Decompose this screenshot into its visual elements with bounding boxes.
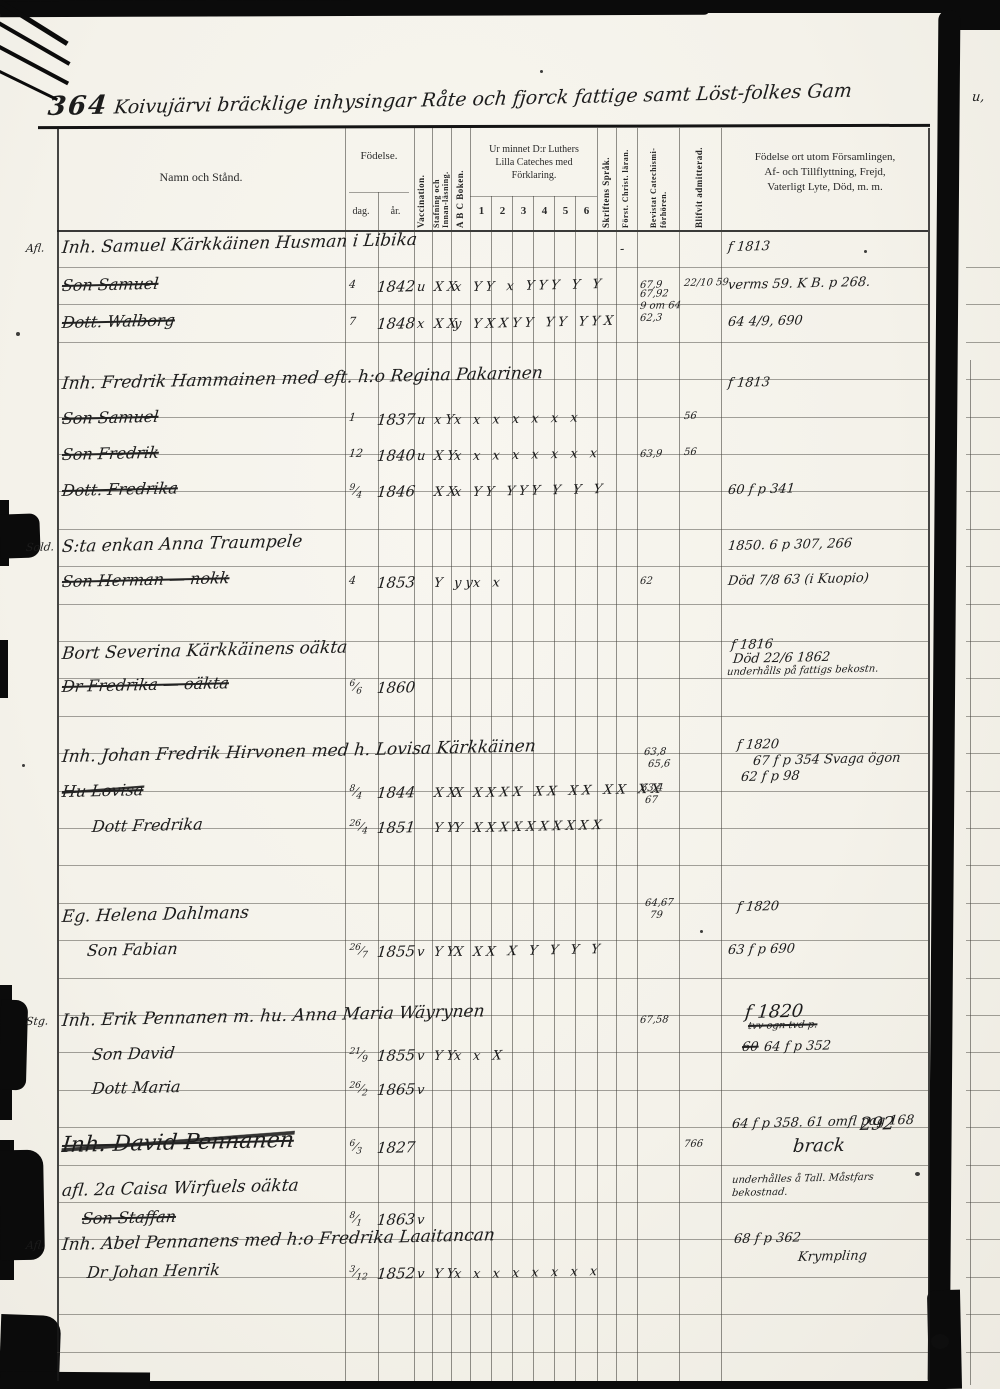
entry-attended-value: 62 [639,576,653,587]
entry-name: Dr Fredrika — oäkta [61,673,230,696]
rule-line-sliver [966,753,1000,754]
entry-admitted-value: 56 [683,447,697,458]
annotation: 62 f p 98 [740,769,800,785]
column-line [637,128,638,1381]
rule-line [57,1090,928,1091]
rule-line [57,1314,928,1315]
entry-remark: f 1813 [727,375,771,391]
rule-line-sliver [966,304,1000,305]
rule-line-sliver [966,1015,1000,1016]
scan-artifact-left-2 [0,640,8,698]
entry-abc-mark: x [453,280,466,295]
rule-line-sliver [966,1277,1000,1278]
scan-artifact-left-3b [0,1000,28,1091]
annotation: 63,4 [640,782,663,794]
rule-line-sliver [966,978,1000,979]
entry-birth-day: 3⁄12 [348,1265,369,1283]
rule-line [57,342,928,343]
cateches-number-6: 6 [576,205,597,217]
annotation: f 1820 [736,899,780,915]
column-line [928,128,930,1381]
column-header-christ: Först. Christ. läran. [621,132,630,228]
annotation: 68 f p 362 [733,1230,801,1247]
margin-note: Afl. [25,1239,45,1252]
entry-name: Son Herman — nokk [61,568,230,591]
entry-cateches-marks: YXXYY YY YYX [472,314,618,332]
rule-line [57,566,928,567]
entry-cateches-marks: XX X Y Y Y Y [472,942,604,960]
cateches-number-5: 5 [555,205,576,217]
entry-name: Son Fabian [86,939,179,960]
margin-note: Afl. [25,242,45,255]
entry-birth-day: 8⁄1 [348,1211,363,1229]
annotation: brack [792,1135,846,1157]
page-number: 364 [46,91,109,122]
entry-name: Eg. Helena Dahlmans [61,903,250,927]
annotation: 64 f p 352 [763,1038,831,1055]
annotation: 65,6 [647,758,670,770]
annotation: 292 [859,1113,895,1135]
entry-abc-mark: X [453,786,468,801]
rule-line [57,978,928,979]
page-title: 364 Koivujärvi bräcklige inhysingar Råte… [46,74,853,122]
scan-artifact-ink-spot [931,1334,949,1349]
entry-birth-day: 4 [348,278,356,291]
entry-birth-year: 1842 [376,277,416,296]
entry-birth-year: 1848 [376,314,416,333]
entry-remark: 64 4/9, 690 [727,313,803,330]
column-header-vaccination: Vaccination. [416,132,426,228]
rule-line [57,304,928,305]
entry-abc-mark: X [453,945,468,960]
scan-speck [700,930,703,933]
scan-speck [915,1172,920,1176]
column-header-admitted: Blifvit admitterad. [694,132,704,228]
rule-line-sliver [966,1352,1000,1353]
entry-abc-mark: x [453,1049,466,1064]
rule-line [57,529,928,530]
annotation: 67,92 [639,288,669,300]
rule-line-sliver [966,342,1000,343]
entry-attended-value: 63,9 [639,448,662,460]
entry-birth-day: 26⁄4 [348,819,369,837]
scan-artifact-spine [928,10,961,1389]
entry-cateches-marks: x x [472,575,504,591]
entry-name: Inh. Johan Fredrik Hirvonen med h. Lovis… [61,736,537,767]
entry-remark: 1850. 6 p 307, 266 [727,536,853,554]
rule-line [57,940,928,941]
rule-line-sliver [966,678,1000,679]
rule-line [57,267,928,268]
entry-birth-day: 1 [348,411,356,424]
annotation: 60 [741,1040,759,1055]
entry-admitted-value: 766 [683,1139,703,1150]
entry-abc-mark: x [453,413,466,428]
next-page-edge-line [970,360,971,1385]
cateches-number-2: 2 [492,205,513,217]
rule-line-sliver [966,791,1000,792]
entry-birth-day: 26⁄7 [348,943,369,961]
rule-line-sliver [966,267,1000,268]
scan-artifact-bottom-border-2 [0,1371,150,1389]
entry-abc-mark: y [453,317,466,332]
entry-christ-mark: - [619,242,629,257]
rule-line [57,1202,928,1203]
column-header-birth-day: dag. [345,206,377,217]
annotation: tvv ogn tvd p. [747,1019,817,1032]
rule-line [57,1165,928,1166]
rule-line [57,716,928,717]
column-line [721,128,722,1381]
entry-name: afl. 2a Caisa Wirfuels oäkta [61,1176,300,1201]
entry-name: Dr Johan Henrik [86,1260,221,1282]
entry-name: Dott Fredrika [91,814,204,836]
annotation: 62,3 [639,312,662,324]
rule-line-sliver [966,1052,1000,1053]
cateches-number-1: 1 [471,205,492,217]
rule-line-sliver [966,491,1000,492]
column-header-scripture: Skriftens Språk. [601,132,611,228]
annotation: Krympling [797,1248,867,1265]
entry-birth-year: 1853 [376,573,416,592]
entry-name: S:ta enkan Anna Traumpele [61,532,303,558]
entry-cateches-marks: x x x x x x x [472,1264,602,1282]
page-title-text: Koivujärvi bräcklige inhysingar Råte och… [113,80,853,119]
entry-birth-year: 1840 [376,446,416,465]
entry-birth-day: 4 [348,574,356,587]
rule-line-sliver [966,417,1000,418]
rule-line-sliver [966,454,1000,455]
entry-birth-day: 8⁄4 [348,784,363,802]
entry-name: Inh. Abel Pennanens med h:o Fredrika Laa… [61,1225,496,1255]
entry-cateches-marks: x x x x x x x [472,446,602,464]
entry-vaccination-mark: v [416,1083,429,1098]
column-header-cateches: Ur minnet D:r Luthers Lilla Cateches med… [471,143,597,182]
rule-line-sliver [966,1202,1000,1203]
scanned-parish-register-page: 364 Koivujärvi bräcklige inhysingar Råte… [0,0,1000,1389]
entry-name: Son Samuel [61,407,159,428]
entry-vaccination-mark: v [416,1267,429,1282]
rule-line-sliver [966,1127,1000,1128]
column-header-name: Namn och Stånd. [70,170,332,185]
entry-vaccination-mark: u [416,413,430,428]
entry-vaccination-mark: u [416,280,430,295]
column-header-attended-1: Bevistat Catechismi- [649,132,658,228]
margin-note: Sold. [25,540,55,554]
rule-line [57,604,928,605]
entry-name: Dott. Fredrika [61,478,179,500]
entry-birth-day: 7 [348,315,356,328]
entry-birth-year: 1855 [376,942,416,961]
entry-cateches-marks: x X [472,1048,506,1064]
scan-artifact-top-border-2 [0,0,710,17]
entry-admitted-value: 56 [683,411,697,422]
column-header-attended-2: förhören. [659,132,668,228]
column-line [57,128,59,1381]
rule-line-sliver [966,566,1000,567]
entry-name: Inh. Samuel Kärkkäinen Husman i Libika [61,230,418,258]
annotation: 64,67 [644,897,674,909]
rule-line-sliver [966,604,1000,605]
annotation: 79 [649,910,663,921]
entry-name: Son Staffan [81,1207,177,1228]
column-header-spelling-2: Innan-läsning. [441,132,450,228]
rule-line-sliver [966,716,1000,717]
entry-name: Inh. David Pennanen [61,1128,295,1158]
column-header-spelling-1: Stafning och [432,132,441,228]
entry-cateches-marks: x x x x x x [472,411,582,429]
entry-name: Dott. Walborg [61,310,176,332]
entry-vaccination-mark: x [416,317,429,332]
entry-remark: Död 7/8 63 (i Kuopio) [727,571,869,589]
entry-remark: 60 f p 341 [727,481,795,498]
entry-birth-year: 1855 [376,1046,416,1065]
column-header-abc: A B C Boken. [455,132,465,228]
entry-birth-year: 1837 [376,410,416,429]
entry-birth-day: 26⁄2 [348,1081,369,1099]
entry-spelling-mark: Y [433,576,447,591]
rule-line-sliver [966,940,1000,941]
entry-birth-day: 6⁄3 [348,1139,363,1157]
entry-cateches-marks: YY YYY Y Y Y [472,482,607,500]
entry-name: Inh. Fredrik Hammainen med eft. h:o Regi… [61,363,544,394]
rule-line-sliver [966,1090,1000,1091]
rule-line [57,865,928,866]
entry-cateches-marks: XXXXXXXXXX [472,818,606,836]
next-page-fragment: u, [971,90,985,105]
rule-line-sliver [966,828,1000,829]
entry-remark: verms 59. K B. p 268. [727,275,871,293]
entry-birth-year: 1860 [376,678,416,697]
cateches-number-4: 4 [534,205,555,217]
annotation: 9 om 64 [639,300,681,312]
entry-name: Hu Lovisa [61,780,144,801]
cateches-number-3: 3 [513,205,534,217]
entry-remark: f 1813 [727,239,771,255]
entry-abc-mark: x [453,449,466,464]
entry-vaccination-mark: v [416,1049,429,1064]
annotation: underhålles å Tall. Måstfars [731,1172,874,1186]
scan-speck [540,70,543,73]
entry-birth-year: 1844 [376,783,416,802]
rule-line-sliver [966,529,1000,530]
entry-attended-value: 67,58 [639,1014,669,1026]
annotation: f 1820 [736,737,780,753]
entry-vaccination-mark: u [416,449,430,464]
annotation: 67 [644,795,658,806]
entry-birth-year: 1851 [376,818,416,837]
entry-birth-year: 1846 [376,482,416,501]
scan-speck [16,332,20,336]
column-header-birth-year: år. [379,206,412,217]
rule-line-sliver [966,903,1000,904]
scan-speck [864,250,867,253]
rule-line-sliver [966,1165,1000,1166]
entry-birth-day: 9⁄4 [348,483,363,501]
column-header-remarks: Födelse ort utom Församlingen, Af- och T… [724,150,926,195]
entry-birth-year: 1865 [376,1080,416,1099]
annotation: 67 f p 354 Svaga ögon [752,751,901,769]
annotation: bekostnad. [731,1187,788,1199]
rule-line-sliver [966,379,1000,380]
column-header-birth: Födelse. [346,150,412,162]
rule-line-sliver [966,865,1000,866]
entry-birth-year: 1827 [376,1138,416,1157]
entry-abc-mark: x [453,485,466,500]
entry-vaccination-mark: v [416,945,429,960]
entry-name: Son David [91,1043,176,1064]
entry-remark: 63 f p 690 [727,941,795,958]
margin-note: Stg. [25,1014,49,1028]
entry-name: Son Fredrik [61,443,160,464]
annotation: underhålls på fattigs bekostn. [726,664,878,678]
entry-name: Dott Maria [91,1077,182,1098]
entry-birth-day: 6⁄6 [348,679,363,697]
entry-abc-mark: Y [453,821,467,836]
rule-line-sliver [966,1239,1000,1240]
entry-name: Son Samuel [61,274,159,295]
entry-birth-day: 12 [348,447,363,460]
annotation: 63,8 [643,746,666,758]
scan-speck [22,764,25,767]
entry-cateches-marks: YY x YYY Y Y [472,277,605,295]
rule-line-sliver [966,1314,1000,1315]
entry-abc-mark: x [453,1267,466,1282]
entry-name: Inh. Erik Pennanen m. hu. Anna Maria Wäy… [61,1001,486,1031]
entry-birth-year: 1852 [376,1264,416,1283]
rule-line [57,1352,928,1353]
column-line [679,128,680,1381]
entry-birth-day: 21⁄9 [348,1047,369,1065]
entry-admitted-value: 22/10 59 [683,277,729,289]
rule-line-sliver [966,641,1000,642]
title-underline [38,124,930,129]
